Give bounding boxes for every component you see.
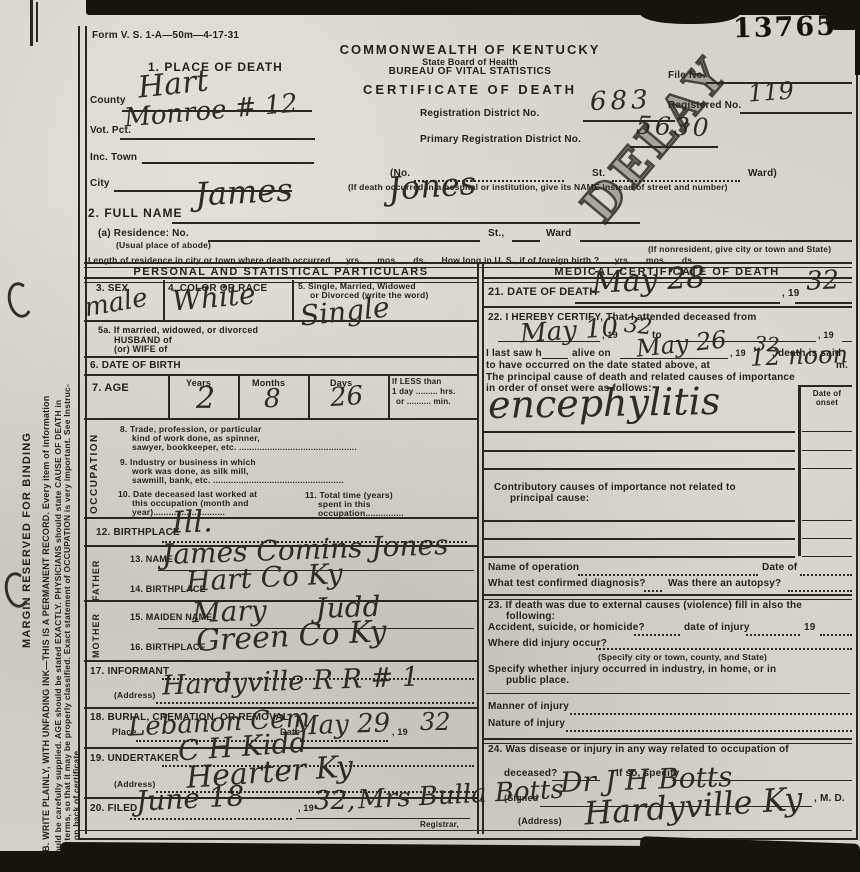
operation-blank [578, 574, 758, 576]
mother-vertical-label: MOTHER [92, 613, 101, 658]
onset-stub6 [802, 556, 852, 557]
row21-bottom-rule [484, 306, 852, 308]
informant-address-label: (Address) [114, 690, 155, 700]
age-label: 7. AGE [92, 382, 129, 394]
birthplace-value: Ill. [171, 507, 213, 538]
age-col-divider3 [308, 374, 310, 418]
autopsy-label: Was there an autopsy? [668, 578, 781, 589]
ward-label: Ward) [748, 168, 777, 179]
item23-line1: 23. If death was due to external causes … [488, 600, 802, 611]
injury-date-blank [746, 634, 800, 636]
informant-address-blank [156, 702, 474, 704]
onset-box-top-border [798, 385, 852, 387]
injury-year-blank [820, 634, 852, 636]
injury-19-label: 19 [804, 622, 816, 633]
margin-nb-line1: N. B. WRITE PLAINLY, WITH UNFADING INK—T… [42, 396, 51, 864]
onset-stub4 [802, 520, 852, 521]
residence-st-label: St., [488, 228, 504, 239]
date-of-death-blank [575, 302, 780, 304]
full-name-last: Jones [387, 167, 477, 205]
onset-stub1 [802, 431, 852, 432]
accident-blank [634, 634, 680, 636]
residence-no-blank [208, 240, 480, 242]
last-saw-label2: alive on [572, 348, 611, 359]
filed-label: 20. FILED [90, 803, 137, 814]
md-label: , M. D. [814, 793, 845, 804]
injury-date-label: date of injury [684, 622, 750, 633]
lastsaw-19-label: , 19 [730, 348, 746, 358]
age-col-divider2 [238, 374, 240, 418]
filed-year-value: 32, [314, 788, 355, 814]
where-injury-blank [596, 648, 852, 650]
father-birthplace-value: Hart Co Ky [185, 560, 343, 596]
cause-line1 [484, 431, 795, 433]
item24-statement: 24. Was disease or injury in any way rel… [488, 744, 789, 755]
margin-binding-note: MARGIN RESERVED FOR BINDING [22, 432, 33, 648]
physician-address-label: (Address) [518, 816, 562, 826]
birthplace-label: 12. BIRTHPLACE [96, 527, 180, 538]
autopsy-blank [788, 590, 852, 592]
less-than-line2: 1 day ......... hrs. [392, 387, 456, 396]
registered-no-blank [740, 112, 852, 114]
residence-st-blank [512, 240, 540, 242]
registrar-label: Registrar, [420, 820, 459, 829]
cause-of-death-value: encephylitis [488, 382, 721, 424]
scan-edge-top-blob [640, 0, 740, 24]
last-saw-pronoun-blank [542, 358, 568, 359]
abode-note: (Usual place of abode) [116, 240, 211, 250]
race-cell-divider [292, 280, 294, 320]
residence-ward-label: Ward [546, 228, 571, 239]
occupation-bottom-rule [84, 517, 477, 519]
commonwealth-title: COMMONWEALTH OF KENTUCKY [300, 42, 640, 57]
registrar-blank [296, 818, 470, 819]
occurred-statement: to have occurred on the date stated abov… [486, 360, 710, 371]
row3-bottom-rule [84, 320, 477, 322]
row6-bottom-rule [84, 374, 477, 376]
binding-hole-top [5, 280, 36, 320]
occupation-vertical-label: OCCUPATION [90, 433, 100, 514]
mother-birthplace-label: 16. BIRTHPLACE [130, 642, 206, 652]
date-of-death-value: May 28 [591, 263, 706, 299]
less-than-line1: If LESS than [392, 377, 442, 386]
contrib-line3 [484, 556, 795, 558]
dod-year-value: 32 [805, 267, 839, 295]
attended-from-value: May 10 [519, 315, 619, 348]
occ9-line3: sawmill, bank, etc. ....................… [132, 475, 344, 485]
to-19-label: , 19 [818, 330, 834, 340]
burial-year-value: 32 [420, 710, 451, 734]
inc-town-label: Inc. Town [90, 152, 137, 163]
operation-label: Name of operation [488, 562, 579, 573]
dod-19-label: , 19 [782, 288, 799, 299]
onset-label-line2: onset [802, 398, 852, 407]
full-name-first: James [194, 173, 293, 210]
specify-city-note: (Specify city or town, county, and State… [598, 652, 767, 662]
item5a-line3: (or) WIFE of [114, 344, 167, 354]
filed-date-blank [130, 818, 292, 820]
vot-pct-blank [120, 138, 315, 140]
age-days-value: 26 [329, 383, 364, 411]
age-months-value: 8 [264, 386, 281, 412]
accident-label: Accident, suicide, or homicide? [488, 622, 645, 633]
informant-label: 17. INFORMANT [90, 666, 169, 677]
item5a-line1: 5a. If married, widowed, or divorced [98, 325, 258, 335]
onset-stub5 [802, 538, 852, 539]
margin-tick [30, 0, 33, 46]
operation-date-label: Date of [762, 562, 797, 573]
cause-line2 [484, 450, 795, 452]
operation-date-blank [800, 574, 852, 576]
bureau-subtitle: BUREAU OF VITAL STATISTICS [300, 66, 640, 77]
whether-injury-line2: public place. [506, 675, 569, 686]
contributory-label-line1: Contributory causes of importance not re… [494, 482, 736, 493]
date-of-death-label: 21. DATE OF DEATH [488, 286, 597, 298]
age-col-divider4 [388, 374, 390, 418]
undertaker-label: 19. UNDERTAKER [90, 753, 179, 764]
full-name-label: 2. FULL NAME [88, 206, 182, 220]
inc-town-blank [142, 162, 314, 164]
sex-cell-divider [163, 280, 165, 320]
test-label: What test confirmed diagnosis? [488, 578, 646, 589]
full-name-blank [172, 222, 640, 224]
nonresident-note: (If nonresident, give city or town and S… [648, 244, 831, 254]
dod-year-blank [795, 302, 852, 304]
cause-line3 [484, 468, 795, 470]
registration-district-label: Registration District No. [420, 108, 539, 119]
race-value: White [171, 280, 257, 315]
whether-blank [486, 693, 850, 694]
residence-label: (a) Residence: No. [98, 228, 189, 239]
time-of-death-value: 12 noon [750, 342, 849, 369]
registered-no-value: 119 [747, 78, 794, 105]
onset-stub2 [802, 450, 852, 451]
onset-label-line1: Date of [802, 389, 852, 398]
where-injury-label: Where did injury occur? [488, 638, 607, 649]
contrib-line2 [484, 538, 795, 540]
filed-19-label: , 19 [298, 803, 314, 813]
test-blank [644, 590, 662, 592]
dob-label: 6. DATE OF BIRTH [90, 360, 181, 371]
contrib-line1 [484, 520, 795, 522]
scan-edge-right [855, 20, 860, 75]
row5a-bottom-rule [84, 356, 477, 358]
age-col-divider1 [168, 374, 170, 418]
column-divider-outer [477, 262, 479, 834]
filed-date-value: June 18 [135, 782, 245, 816]
manner-label: Manner of injury [488, 701, 569, 712]
item23-line2: following: [506, 611, 555, 622]
age-years-value: 2 [196, 384, 215, 414]
manner-blank [570, 713, 852, 715]
onset-box-left-border [798, 385, 801, 556]
city-label: City [90, 178, 110, 189]
nature-blank [566, 730, 852, 732]
onset-stub3 [802, 468, 852, 469]
death-certificate-scan: MARGIN RESERVED FOR BINDING N. B. WRITE … [0, 0, 860, 872]
occ8-line3: sawyer, bookkeeper, etc. ...............… [132, 442, 357, 452]
father-vertical-label: FATHER [92, 560, 101, 601]
residence-ward-blank [580, 240, 852, 242]
last-saw-label1: I last saw h [486, 348, 542, 359]
nature-label: Nature of injury [488, 718, 565, 729]
column-divider-inner [482, 262, 484, 834]
form-border-inner-left [85, 26, 87, 834]
burial-19-label: , 19 [392, 727, 408, 737]
county-label: County [90, 95, 126, 106]
serial-number-stamp: 13765 [733, 11, 838, 45]
primary-district-label: Primary Registration District No. [420, 134, 581, 145]
whether-injury-line1: Specify whether injury occurred in indus… [488, 664, 776, 675]
row7-bottom-rule [84, 418, 477, 420]
form-number: Form V. S. 1-A—50m—4-17-31 [92, 30, 239, 41]
scan-edge-top [86, 0, 860, 15]
less-than-line3: or .......... min. [396, 397, 451, 406]
contributory-label-line2: principal cause: [510, 493, 589, 504]
margin-tick2 [36, 2, 38, 42]
